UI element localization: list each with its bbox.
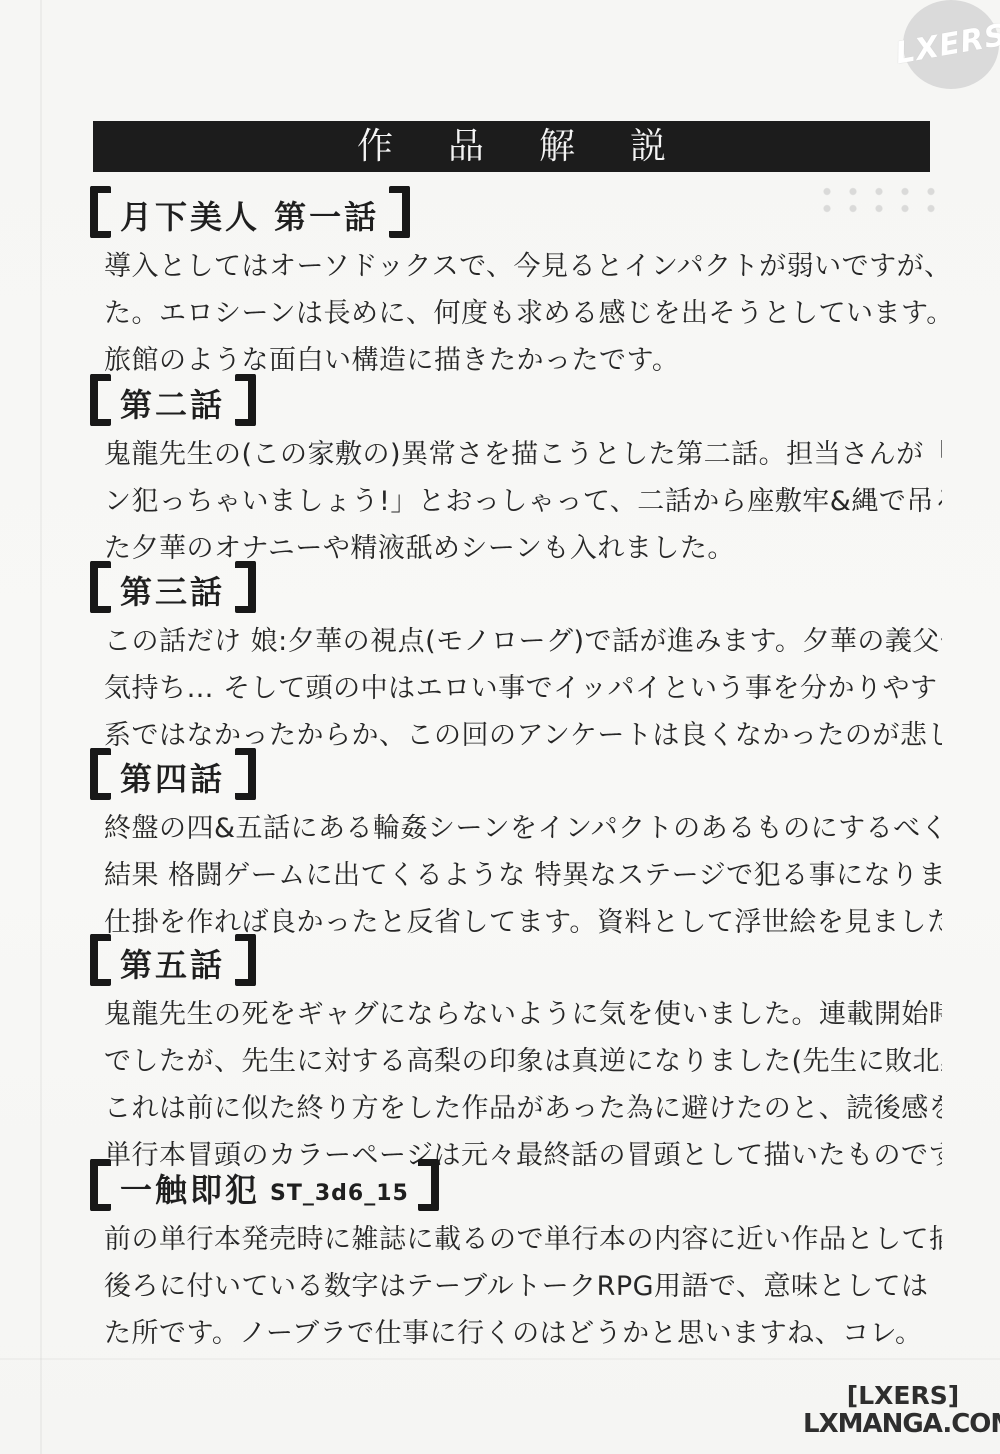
paragraph-line: 結果 格闘ゲームに出てくるような 特異なステージで犯る事になりました。娘の方はも… [104,852,942,899]
section-1: 月下美人 第一話 導入としてはオーソドックスで、今見るとインパクトが弱いですが、… [90,186,942,384]
bracket-right-icon [235,934,256,986]
scanned-manga-page: LXERS 作品解説 月下美人 第一話 導入としてはオーソドックスで、今見るとイ… [0,0,1000,1454]
section-6: 一触即犯 ST_3d6_15 前の単行本発売時に雑誌に載るので単行本の内容に近い… [90,1159,942,1357]
paragraph-line: 導入としてはオーソドックスで、今見るとインパクトが弱いですが、昭和ポルノの王道を… [104,243,942,290]
paragraph-line: この話だけ 娘:夕華の視点(モノローグ)で話が進みます。夕華の義父や母への思い…… [104,618,942,665]
section-5-header: 第五話 [90,934,942,986]
lxmanga-watermark: [LXERS] LXMANGA.COM [803,1381,1000,1439]
lxers-bracket-label: [LXERS] [803,1381,1000,1410]
paragraph-line: 前の単行本発売時に雑誌に載るので単行本の内容に近い作品として描きました。タイトル… [104,1216,942,1263]
section-5: 第五話 鬼龍先生の死をギャグにならないように気を使いました。連載開始時のプロット… [90,934,942,1179]
section-3-title: 第三話 [111,561,235,613]
bracket-right-icon [235,748,256,800]
section-4: 第四話 終盤の四&五話にある輪姦シーンをインパクトのあるものにするべく担当さんと… [90,748,942,946]
section-1-header: 月下美人 第一話 [90,186,942,238]
paragraph-line: 後ろに付いている数字はテーブルトークRPG用語で、意味としては「ほとんど回避不可… [104,1263,942,1310]
section-3-paragraph: この話だけ 娘:夕華の視点(モノローグ)で話が進みます。夕華の義父や母への思い…… [90,613,942,759]
paragraph-line: でしたが、先生に対する高梨の印象は真逆になりました(先生に敗北感を抱いたまま終っ… [104,1038,942,1085]
section-1-title: 月下美人 第一話 [111,186,389,238]
paragraph-line: 終盤の四&五話にある輪姦シーンをインパクトのあるものにするべく担当さんと会議しま… [104,805,942,852]
bracket-right-icon [418,1159,439,1211]
lxers-circle-watermark: LXERS [903,0,999,89]
section-3: 第三話 この話だけ 娘:夕華の視点(モノローグ)で話が進みます。夕華の義父や母へ… [90,561,942,759]
section-5-title: 第五話 [111,934,235,986]
scan-crease-vertical [40,0,42,1454]
paragraph-line: 鬼龍先生の(この家敷の)異常さを描こうとした第二話。担当さんが「出しおしみせずバ… [104,431,942,478]
bracket-right-icon [235,561,256,613]
bracket-left-icon [90,186,111,238]
paragraph-line: 気持ち… そして頭の中はエロい事でイッパイという事を分かりやすく伝える為です。お… [104,665,942,712]
paragraph-line: ン犯っちゃいましょう!」とおっしゃって、二話から座敷牢&縄で吊るプレイが登場!!… [104,478,942,525]
section-4-header: 第四話 [90,748,942,800]
section-6-paragraph: 前の単行本発売時に雑誌に載るので単行本の内容に近い作品として描きました。タイトル… [90,1211,942,1357]
paragraph-line: 鬼龍先生の死をギャグにならないように気を使いました。連載開始時のプロット通りの最… [104,991,942,1038]
lxers-watermark-label: LXERS [893,18,1000,72]
section-2-title: 第二話 [111,374,235,426]
section-3-header: 第三話 [90,561,942,613]
bracket-left-icon [90,1159,111,1211]
paragraph-line: これは前に似た終り方をした作品があった為に避けたのと、読後感を良くする為に変更し… [104,1085,942,1132]
section-6-title: 一触即犯 [111,1159,270,1211]
section-4-title: 第四話 [111,748,235,800]
bracket-left-icon [90,934,111,986]
title-banner: 作品解説 [93,121,930,172]
bracket-left-icon [90,748,111,800]
scan-crease-horizontal [0,1358,1000,1360]
section-6-header: 一触即犯 ST_3d6_15 [90,1159,942,1211]
section-2-paragraph: 鬼龍先生の(この家敷の)異常さを描こうとした第二話。担当さんが「出しおしみせずバ… [90,426,942,572]
bracket-left-icon [90,561,111,613]
section-2-header: 第二話 [90,374,942,426]
page-title: 作品解説 [357,129,721,165]
section-2: 第二話 鬼龍先生の(この家敷の)異常さを描こうとした第二話。担当さんが「出しおし… [90,374,942,572]
section-6-subtitle: ST_3d6_15 [270,1181,418,1211]
bracket-right-icon [235,374,256,426]
paragraph-line: た。エロシーンは長めに、何度も求める感じを出そうとしています。家の中はもっと山奥… [104,290,942,337]
section-1-paragraph: 導入としてはオーソドックスで、今見るとインパクトが弱いですが、昭和ポルノの王道を… [90,238,942,384]
bracket-right-icon [389,186,410,238]
lxmanga-url-label: LXMANGA.COM [803,1410,1000,1439]
paragraph-line: た所です。ノーブラで仕事に行くのはどうかと思いますね、コレ。 [104,1310,942,1357]
bracket-left-icon [90,374,111,426]
section-5-paragraph: 鬼龍先生の死をギャグにならないように気を使いました。連載開始時のプロット通りの最… [90,986,942,1179]
section-4-paragraph: 終盤の四&五話にある輪姦シーンをインパクトのあるものにするべく担当さんと会議しま… [90,800,942,946]
